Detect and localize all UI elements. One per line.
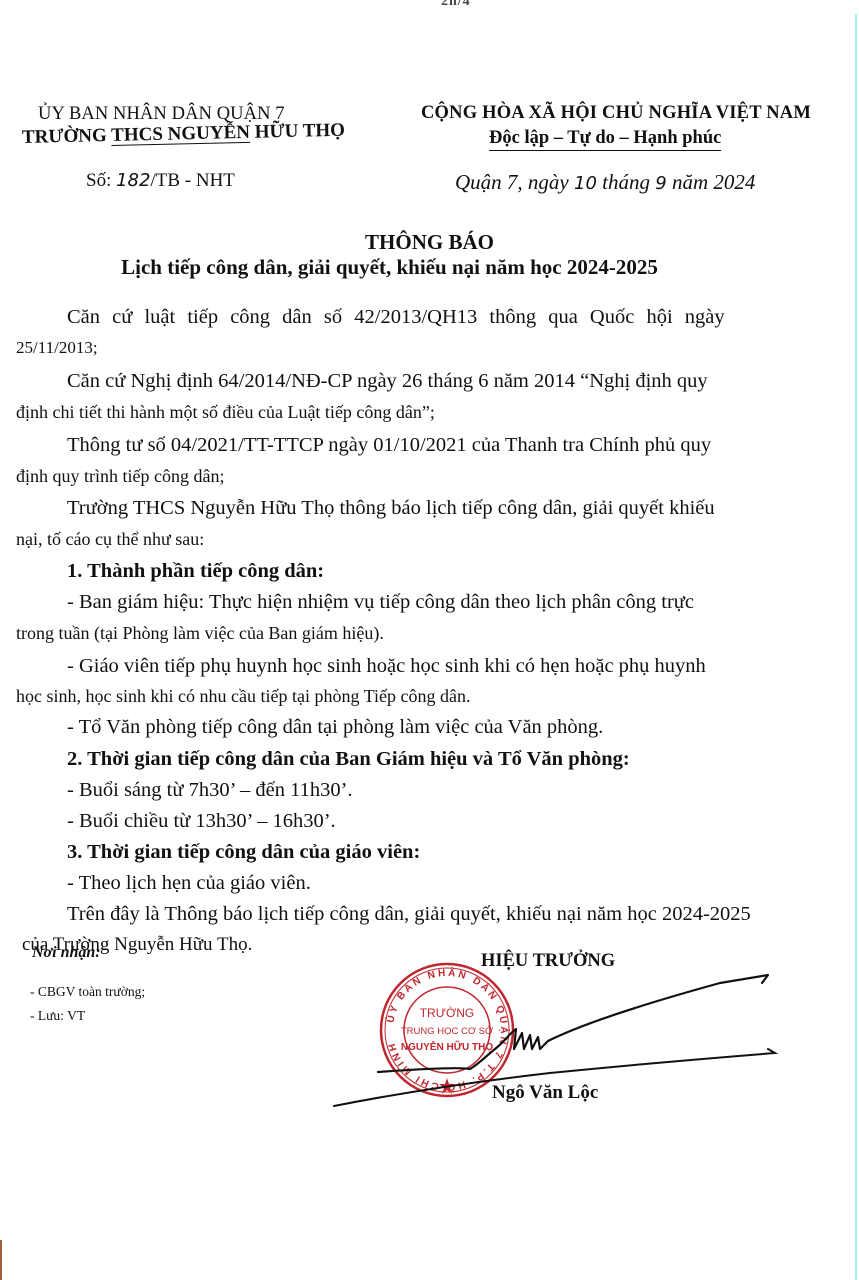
body-line: 25/11/2013; <box>16 338 98 358</box>
body-line: - Tổ Văn phòng tiếp công dân tại phòng l… <box>67 716 603 739</box>
org-name-underlined: THCS NGUYỄN <box>111 122 250 146</box>
number-suffix: /TB - NHT <box>150 170 234 191</box>
place-date: Quận 7, ngày 10 tháng 9 năm 2024 <box>455 170 755 195</box>
section-heading: 1. Thành phần tiếp công dân: <box>67 560 324 583</box>
date-prefix: Quận 7, ngày <box>455 170 574 194</box>
number-label: Số: <box>86 170 116 191</box>
scan-edge-line <box>855 14 857 1280</box>
number-handwritten: 182 <box>116 170 150 191</box>
date-year: năm 2024 <box>667 170 756 194</box>
org-prefix: TRƯỜNG <box>22 125 112 148</box>
nation-title: CỘNG HÒA XÃ HỘI CHỦ NGHĨA VIỆT NAM <box>421 103 811 124</box>
body-line: - Theo lịch hẹn của giáo viên. <box>67 872 311 895</box>
document-subtitle: Lịch tiếp công dân, giải quyết, khiếu nạ… <box>0 255 859 280</box>
document-title: THÔNG BÁO <box>0 230 859 255</box>
body-line: Trên đây là Thông báo lịch tiếp công dân… <box>67 903 751 926</box>
recipient-item: - Lưu: VT <box>30 1008 85 1024</box>
signer-name: Ngô Văn Lộc <box>492 1082 598 1104</box>
document-number: Số: 182/TB - NHT <box>86 170 235 192</box>
body-line: trong tuần (tại Phòng làm việc của Ban g… <box>16 623 384 644</box>
date-day: 10 <box>574 173 597 194</box>
recipient-item: - CBGV toàn trường; <box>30 984 145 1000</box>
scan-edge-mark <box>0 1240 2 1280</box>
top-cut-text: 2n/4 <box>441 0 471 10</box>
body-line: định quy trình tiếp công dân; <box>16 466 224 487</box>
section-heading: 2. Thời gian tiếp công dân của Ban Giám … <box>67 748 630 771</box>
body-line: - Ban giám hiệu: Thực hiện nhiệm vụ tiếp… <box>67 591 694 614</box>
national-motto: Độc lập – Tự do – Hạnh phúc <box>489 128 721 151</box>
org-suffix: HỮU THỌ <box>250 120 345 143</box>
body-line: học sinh, học sinh khi có nhu cầu tiếp t… <box>16 686 470 707</box>
body-line: - Buổi chiều từ 13h30’ – 16h30’. <box>67 810 336 833</box>
body-line: định chi tiết thi hành một số điều của L… <box>16 402 435 423</box>
body-line: - Giáo viên tiếp phụ huynh học sinh hoặc… <box>67 655 706 678</box>
date-month: 9 <box>655 173 666 194</box>
body-line: - Buổi sáng từ 7h30’ – đến 11h30’. <box>67 779 353 802</box>
body-line: nại, tố cáo cụ thể như sau: <box>16 529 204 550</box>
body-line: Căn cứ luật tiếp công dân số 42/2013/QH1… <box>67 306 725 329</box>
date-month-label: tháng <box>597 170 655 194</box>
recipients-title: Nơi nhận: <box>32 944 101 962</box>
section-heading: 3. Thời gian tiếp công dân của giáo viên… <box>67 841 420 864</box>
body-line: Trường THCS Nguyễn Hữu Thọ thông báo lịc… <box>67 497 715 520</box>
body-line: Căn cứ Nghị định 64/2014/NĐ-CP ngày 26 t… <box>67 370 708 393</box>
body-line: Thông tư số 04/2021/TT-TTCP ngày 01/10/2… <box>67 434 711 457</box>
